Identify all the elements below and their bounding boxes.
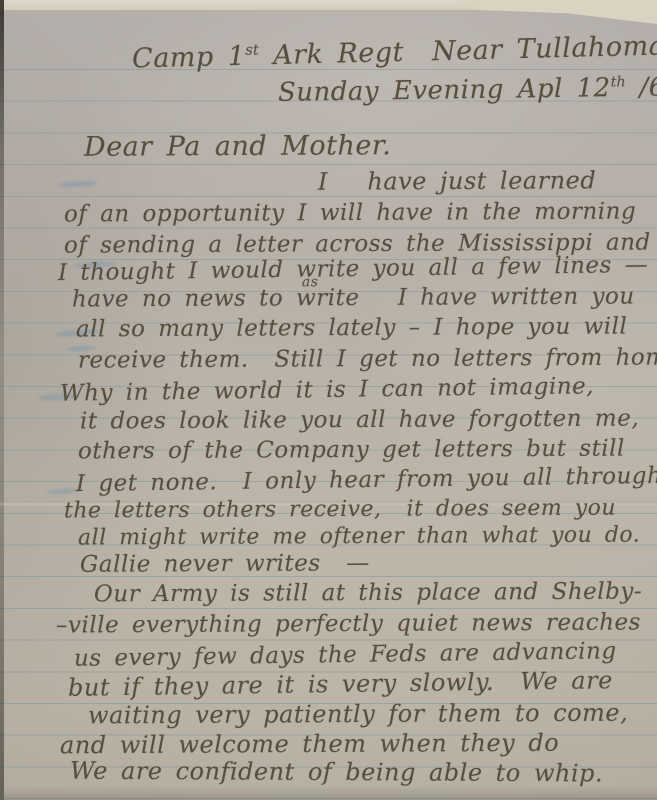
handwritten-line: waiting very patiently for them to come, [88, 700, 628, 730]
handwritten-line: and will welcome them when they do [60, 730, 559, 760]
line-text: have no news to write I have written you [72, 284, 635, 313]
paper-bottom-shadow [0, 786, 657, 800]
handwritten-line: We are confident of being able to whip. [70, 758, 603, 788]
handwritten-line: all so many letters lately – I hope you … [76, 314, 627, 343]
letter-page: Camp 1st Ark Regt Near Tullahoma Tenn Su… [0, 0, 657, 800]
paper-top-edge-right [457, 0, 657, 24]
handwritten-line: the letters others receive, it does seem… [64, 496, 616, 524]
letter-dateline-place: Camp 1st Ark Regt Near Tullahoma Tenn [132, 28, 657, 74]
dateline-place-text: Camp 1 [132, 41, 246, 75]
interline-insertion: as [302, 274, 319, 290]
dateline-place-text-cont: Ark Regt Near Tullahoma Tenn [259, 28, 657, 71]
handwritten-line: receive them. Still I get no letters fro… [78, 344, 657, 374]
dateline-date-text-cont: /63 [625, 72, 657, 103]
handwritten-line: it does look like you all have forgotten… [80, 406, 639, 435]
letter-dateline-date: Sunday Evening Apl 12th /63 [278, 73, 657, 109]
dateline-place-superscript: st [245, 40, 259, 58]
dateline-date-superscript: th [611, 74, 626, 90]
handwritten-line: Gallie never writes — [80, 550, 370, 578]
handwritten-line: Our Army is still at this place and Shel… [94, 579, 642, 608]
handwritten-line: I have just learned [318, 167, 596, 196]
salutation: Dear Pa and Mother. [84, 130, 392, 163]
handwritten-line: of an opportunity I will have in the mor… [64, 199, 636, 228]
scan-left-edge [0, 0, 4, 800]
dateline-date-text: Sunday Evening Apl 12 [278, 73, 611, 108]
handwritten-line: others of the Company get letters but st… [78, 436, 625, 465]
handwritten-line: have no news to write I have written you… [72, 284, 635, 313]
handwritten-line: –ville everything perfectly quiet news r… [56, 609, 641, 638]
handwritten-line: all might write me oftener than what you… [78, 523, 640, 551]
